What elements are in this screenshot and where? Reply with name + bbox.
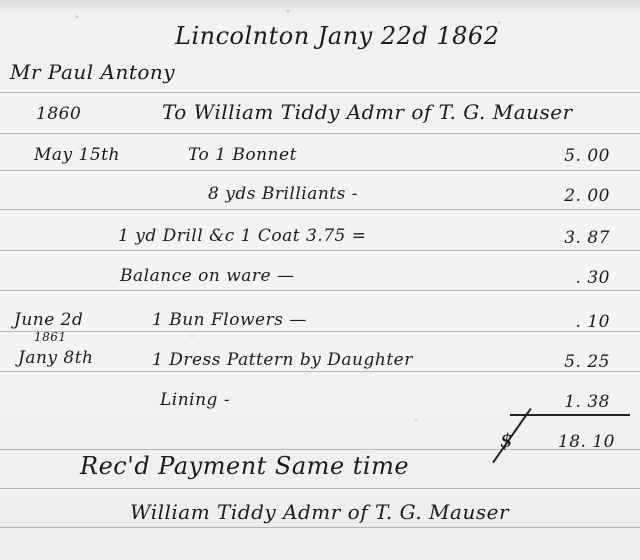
entry-amount: 3. 87	[520, 228, 610, 248]
entry-date: Jany 8th	[18, 348, 94, 368]
ruled-line	[0, 170, 640, 171]
document-heading: Lincolnton Jany 22d 1862	[175, 22, 499, 50]
total-currency-symbol: $	[500, 428, 513, 452]
entry-amount: 2. 00	[520, 186, 610, 206]
entry-year: 1861	[34, 330, 67, 344]
entry-amount: 5. 00	[520, 146, 610, 166]
entry-amount: . 30	[520, 268, 610, 288]
ruled-line	[0, 250, 640, 251]
signature: William Tiddy Admr of T. G. Mauser	[130, 500, 509, 524]
entry-amount: 5. 25	[520, 352, 610, 372]
scanned-ledger-page: Lincolnton Jany 22d 1862 Mr Paul Antony …	[0, 0, 640, 560]
entry-date: May 15th	[34, 145, 120, 165]
ruled-line	[0, 488, 640, 489]
entry-description: 1 Bun Flowers —	[152, 310, 307, 330]
addressee: Mr Paul Antony	[10, 60, 175, 84]
total-amount: 18. 10	[525, 432, 615, 452]
receipt-line: Rec'd Payment Same time	[80, 452, 409, 480]
entry-description: 1 Dress Pattern by Daughter	[152, 350, 413, 370]
entry-description: Balance on ware —	[120, 266, 295, 286]
account-header: To William Tiddy Admr of T. G. Mauser	[162, 100, 573, 124]
ruled-line	[0, 290, 640, 291]
entry-amount: . 10	[520, 312, 610, 332]
ruled-line	[0, 209, 640, 210]
ruled-line	[0, 527, 640, 528]
ruled-line	[0, 133, 640, 134]
entry-amount: 1. 38	[520, 392, 610, 412]
entry-description: 8 yds Brilliants -	[208, 184, 358, 204]
entry-description: Lining -	[160, 390, 230, 410]
ruled-line	[0, 92, 640, 93]
entry-description: To 1 Bonnet	[188, 145, 297, 165]
entry-description: 1 yd Drill &c 1 Coat 3.75 =	[118, 226, 366, 246]
entry-date: June 2d	[14, 310, 83, 330]
account-year: 1860	[36, 104, 81, 124]
